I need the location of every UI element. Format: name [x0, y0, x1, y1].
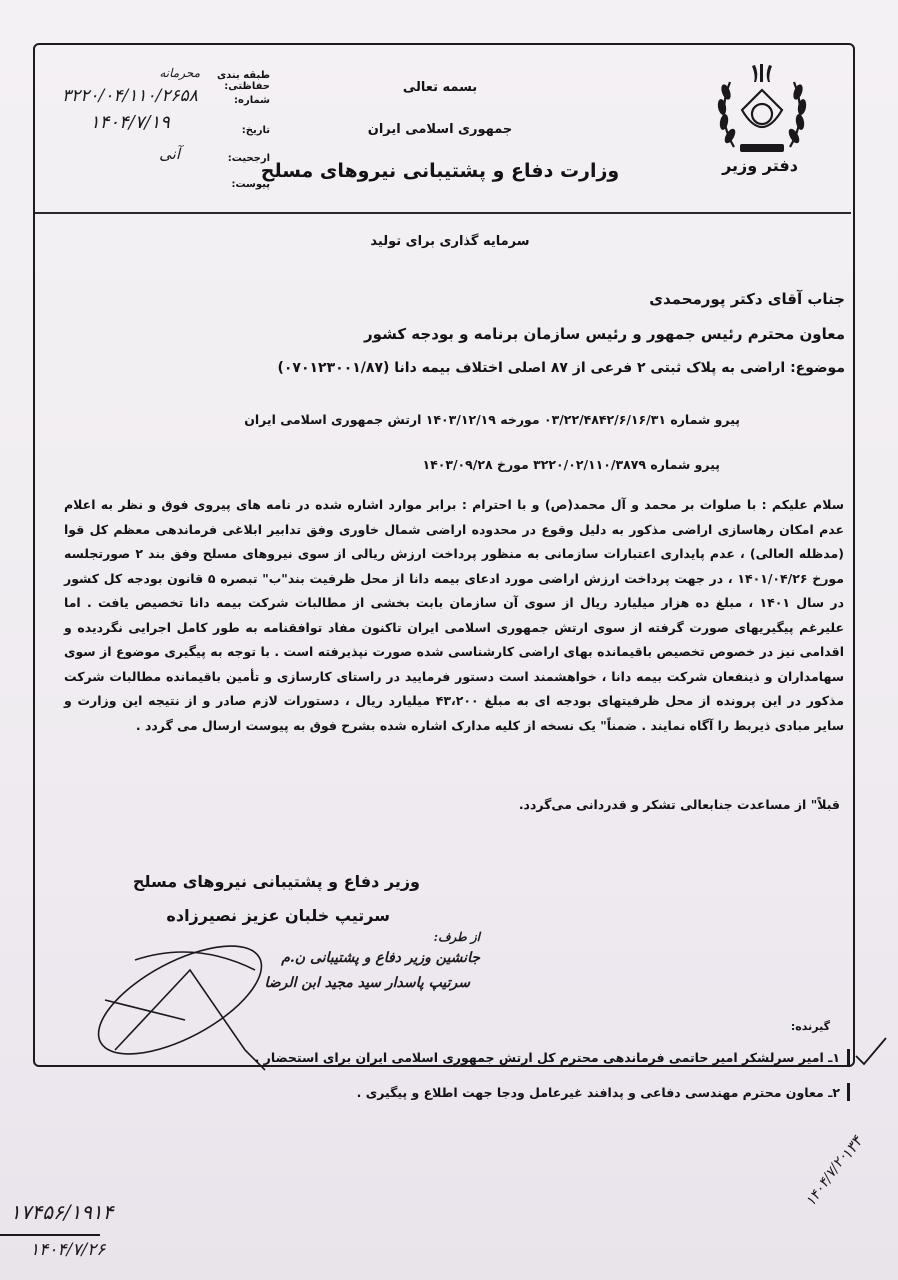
signatory-name: سرتیپ خلبان عزیز نصیرزاده: [100, 906, 390, 925]
attachment-label: پیوست:: [210, 179, 270, 190]
cc-item-2: ۲ـ معاون محترم مهندسی دفاعی و پدافند غیر…: [300, 1085, 840, 1100]
date-label: تاریخ:: [220, 125, 270, 136]
subject-line: موضوع: اراضی به پلاک ثبتی ۲ فرعی از ۸۷ ا…: [250, 360, 845, 376]
header-divider: [35, 212, 851, 214]
country-title: جمهوری اسلامی ایران: [250, 122, 630, 137]
number-label: شماره:: [220, 95, 270, 106]
invocation: بسمه تعالی: [250, 80, 630, 95]
margin-date: ۱۴۰۴/۷/۲۰: [803, 1127, 868, 1210]
date-value: ۱۴۰۴/۷/۱۹: [90, 112, 220, 133]
body-paragraph: سلام علیکم : با صلوات بر محمد و آل محمد(…: [64, 493, 844, 738]
classification-value: محرمانه: [125, 66, 200, 80]
urgency-label: ارجحیت:: [210, 153, 270, 164]
reference-1: پیرو شماره ۰۳/۲۲/۴۸۴۲/۶/۱۶/۳۱ مورخه ۱۴۰۳…: [240, 412, 740, 427]
signatory-title: وزیر دفاع و پشتیبانی نیروهای مسلح: [100, 872, 420, 891]
reference-2: پیرو شماره ۳۲۲۰/۰۲/۱۱۰/۳۸۷۹ مورخ ۱۴۰۳/۰۹…: [240, 457, 720, 472]
cc-label: گیرنده:: [700, 1020, 830, 1033]
on-behalf-title: جانشین وزیر دفاع و پشتیبانی ن.م: [230, 950, 480, 966]
margin-bar: [847, 1049, 850, 1067]
closing-line: قبلاً" از مساعدت جنابعالی تشکر و قدردانی…: [300, 797, 840, 812]
ministry-title: وزارت دفاع و پشتیبانی نیروهای مسلح: [250, 160, 630, 182]
checkmark-icon: [852, 1030, 892, 1070]
number-value: ۳۲۲۰/۰۴/۱۱۰/۲۶۵۸: [62, 86, 222, 106]
cc-item-1: ۱ـ امیر سرلشکر امیر حاتمی فرماندهی محترم…: [250, 1050, 840, 1065]
slogan: سرمایه گذاری برای تولید: [330, 234, 570, 249]
urgency-value: آنی: [110, 145, 180, 163]
on-behalf-label: از طرف:: [250, 930, 480, 944]
recipient-name: جناب آقای دکتر پورمحمدی: [300, 290, 845, 308]
iran-emblem-icon: [712, 62, 812, 154]
footer-date: ۱۴۰۴/۷/۲۶: [30, 1240, 150, 1260]
footer-divider: [0, 1234, 100, 1236]
footer-number: ۱۷۴۵۶/۱۹۱۴: [10, 1200, 160, 1224]
on-behalf-name: سرتیپ پاسدار سید مجید ابن الرضا: [200, 975, 470, 991]
margin-bar: [847, 1083, 850, 1101]
office-caption: دفتر وزیر: [700, 156, 820, 175]
recipient-title: معاون محترم رئیس جمهور و رئیس سازمان برن…: [300, 325, 845, 343]
